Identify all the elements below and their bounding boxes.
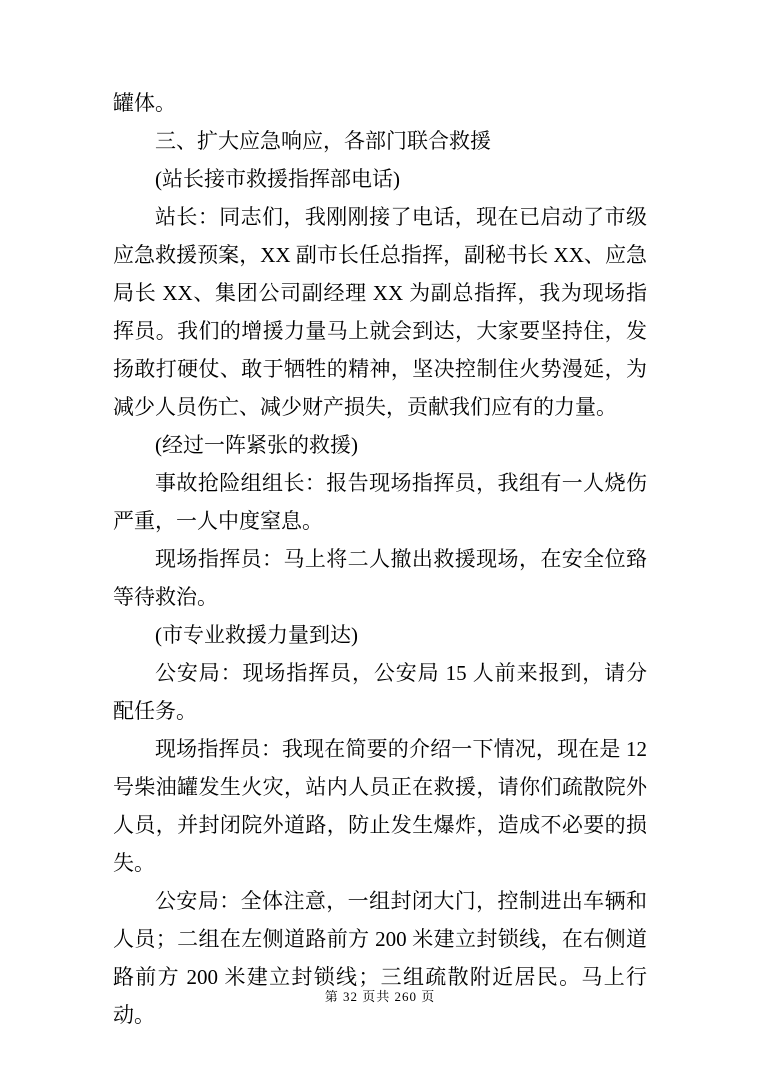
stage-direction-rescue: (经过一阵紧张的救援) [113,426,647,464]
document-page: 罐体。 三、扩大应急响应，各部门联合救援 (站长接市救援指挥部电话) 站长：同志… [0,0,760,1074]
dialogue-site-commander-first: 现场指挥员：马上将二人撤出救援现场，在安全位臵等待救治。 [113,540,647,616]
continuation-text: 罐体。 [113,84,647,122]
dialogue-station-master: 站长：同志们，我刚刚接了电话，现在已启动了市级应急救援预案，XX 副市长任总指挥… [113,198,647,426]
stage-direction-phone-call: (站长接市救援指挥部电话) [113,160,647,198]
dialogue-rescue-team-leader: 事故抢险组组长：报告现场指挥员，我组有一人烧伤严重，一人中度窒息。 [113,464,647,540]
dialogue-police-orders: 公安局：全体注意，一组封闭大门，控制进出车辆和人员；二组在左侧道路前方 200 … [113,882,647,1034]
stage-direction-city-rescue-arrives: (市专业救援力量到达) [113,616,647,654]
dialogue-police-report: 公安局：现场指挥员，公安局 15 人前来报到，请分配任务。 [113,654,647,730]
page-body: 罐体。 三、扩大应急响应，各部门联合救援 (站长接市救援指挥部电话) 站长：同志… [113,84,647,1034]
section-heading: 三、扩大应急响应，各部门联合救援 [113,122,647,160]
page-number-footer: 第 32 页共 260 页 [0,986,760,1005]
dialogue-site-commander-second: 现场指挥员：我现在简要的介绍一下情况，现在是 12 号柴油罐发生火灾，站内人员正… [113,730,647,882]
